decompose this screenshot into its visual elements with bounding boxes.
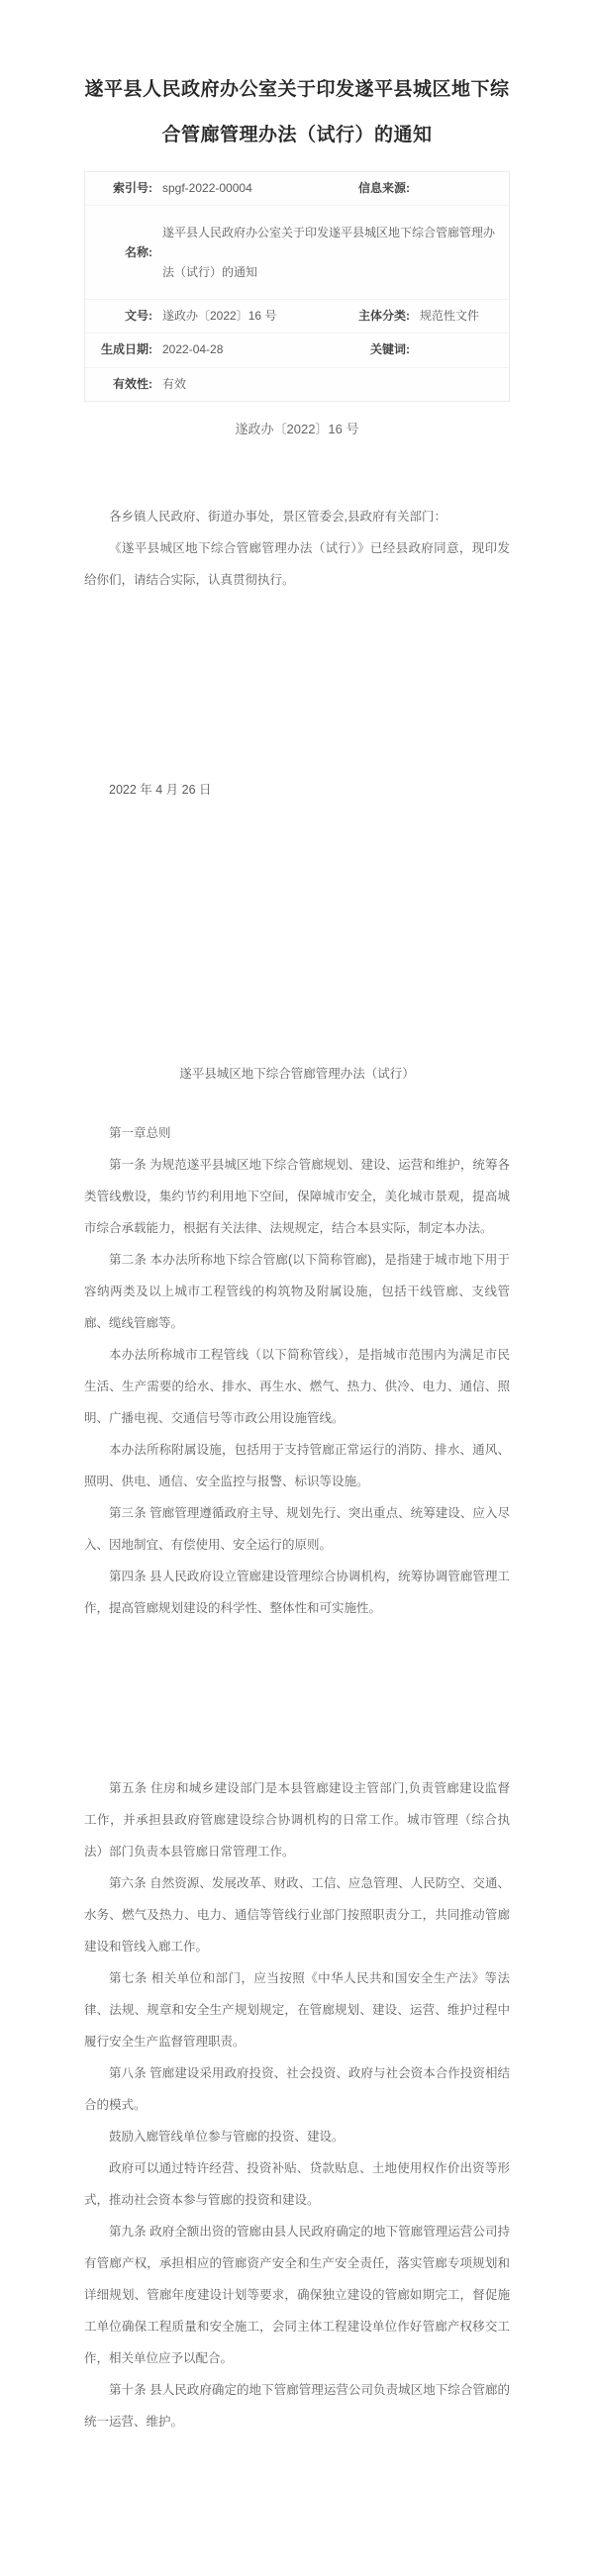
salutation: 各乡镇人民政府、街道办事处，景区管委会,县政府有关部门： [84,501,510,532]
article-7: 第七条 相关单位和部门，应当按照《中华人民共和国安全生产法》等法律、法规、规章和… [84,1962,510,2057]
meta-row-date-keyword: 生成日期: 2022-04-28 关键词: [85,333,509,366]
blank-region-4 [84,1624,510,1772]
article-2: 第二条 本办法所称地下综合管廊(以下简称管廊)，是指建于城市地下用于容纳两类及以… [84,1244,510,1339]
generation-date-label: 生成日期: [91,340,152,359]
measures-subtitle: 遂平县城区地下综合管廊管理办法（试行） [84,1058,510,1090]
article-1: 第一条 为规范遂平县城区地下综合管廊规划、建设、运营和维护，统筹各类管线敷设，集… [84,1149,510,1244]
article-8-sub-2: 政府可以通过特许经营、投资补贴、贷款贴息、土地使用权作价出资等形式，推动社会资本… [84,2152,510,2216]
article-4: 第四条 县人民政府设立管廊建设管理综合协调机构，统筹协调管廊管理工作，提高管廊规… [84,1561,510,1624]
blank-region-3 [84,1090,510,1117]
name-value: 遂平县人民政府办公室关于印发遂平县城区地下综合管廊管理办法（试行）的通知 [152,213,503,292]
meta-row-name: 名称: 遂平县人民政府办公室关于印发遂平县城区地下综合管廊管理办法（试行）的通知 [85,205,509,299]
keyword-label: 关键词: [319,340,410,359]
metadata-table: 索引号: spgf-2022-00004 信息来源: 名称: 遂平县人民政府办公… [84,171,510,402]
article-6: 第六条 自然资源、发展改革、财政、工信、应急管理、人民防空、交通、水务、燃气及热… [84,1867,510,1962]
meta-row-docnum-category: 文号: 遂政办〔2022〕16 号 主体分类: 规范性文件 [85,299,509,333]
name-label: 名称: [91,243,152,262]
meta-row-validity: 有效性: 有效 [85,367,509,401]
meta-row-index-source: 索引号: spgf-2022-00004 信息来源: [85,172,509,205]
article-2-sub-1: 本办法所称城市工程管线（以下简称管线），是指城市范围内为满足市民生活、生产需要的… [84,1339,510,1434]
intro-paragraph: 《遂平县城区地下综合管廊管理办法（试行）》已经县政府同意，现印发给你们，请结合实… [84,532,510,596]
blank-region-2 [84,806,510,1058]
article-9: 第九条 政府全额出资的管廊由县人民政府确定的地下管廊管理运营公司持有管廊产权，承… [84,2216,510,2374]
index-number-value: spgf-2022-00004 [152,179,319,198]
sign-date: 2022 年 4 月 26 日 [84,774,510,806]
info-source-label: 信息来源: [319,179,410,198]
doc-number-line: 遂政办〔2022〕16 号 [84,414,510,445]
document-title: 遂平县人民政府办公室关于印发遂平县城区地下综合管廊管理办法（试行）的通知 [84,67,510,158]
chapter-1-heading: 第一章总则 [84,1117,510,1149]
generation-date-value: 2022-04-28 [152,340,319,359]
article-3: 第三条 管廊管理遵循政府主导、规划先行、突出重点、统筹建设、应入尽入、因地制宜、… [84,1497,510,1561]
category-label: 主体分类: [319,307,410,326]
article-2-sub-2: 本办法所称附属设施，包括用于支持管廊正常运行的消防、排水、通风、照明、供电、通信… [84,1434,510,1497]
doc-number-label: 文号: [91,307,152,326]
validity-label: 有效性: [91,375,152,394]
article-8: 第八条 管廊建设采用政府投资、社会投资、政府与社会资本合作投资相结合的模式。 [84,2057,510,2121]
article-8-sub-1: 鼓励入廊管线单位参与管廊的投资、建设。 [84,2121,510,2152]
category-value: 规范性文件 [410,307,503,326]
article-5: 第五条 住房和城乡建设部门是本县管廊建设主管部门,负责管廊建设监督工作，并承担县… [84,1772,510,1867]
doc-number-value: 遂政办〔2022〕16 号 [152,307,319,326]
article-10: 第十条 县人民政府确定的地下管廊管理运营公司负责城区地下综合管廊的统一运营、维护… [84,2374,510,2437]
index-number-label: 索引号: [91,179,152,198]
blank-region-1 [84,596,510,774]
validity-value: 有效 [152,375,503,394]
document-body: 各乡镇人民政府、街道办事处，景区管委会,县政府有关部门： 《遂平县城区地下综合管… [84,501,510,2437]
document-page: 遂平县人民政府办公室关于印发遂平县城区地下综合管廊管理办法（试行）的通知 索引号… [0,0,594,2576]
